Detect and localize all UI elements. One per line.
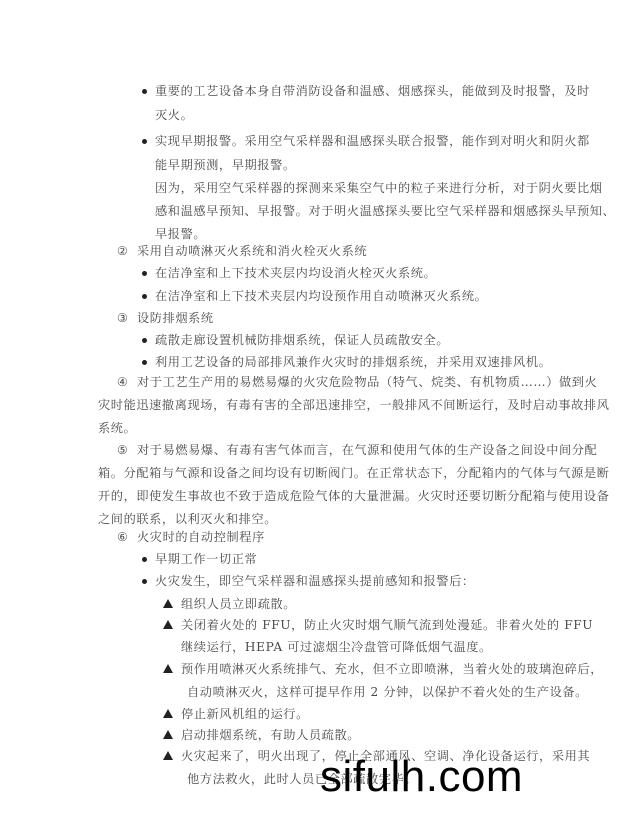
- triangle-bullet-icon: [163, 709, 173, 718]
- section-number: ⑥: [117, 529, 128, 545]
- text-line: 疏散走廊设置机械防排烟系统，保证人员疏散安全。: [155, 332, 449, 348]
- text-line: 感和温感早预知、早报警。对于明火温感探头要比空气采样器和烟感探头早预知、: [155, 203, 615, 219]
- text-line: 火灾时的自动控制程序: [137, 529, 265, 545]
- bullet-dot-icon: [142, 557, 147, 562]
- bullet-dot-icon: [142, 89, 147, 94]
- section-number: ③: [117, 310, 128, 326]
- text-line: 早期工作一切正常: [155, 551, 257, 567]
- text-line: 自动喷淋灭火，这样可提早作用 2 分钟，以保护不着火处的生产设备。: [187, 684, 588, 700]
- text-line: 组织人员立即疏散。: [181, 596, 296, 612]
- text-line: 停止新风机组的运行。: [181, 706, 309, 722]
- text-line: 系统。: [98, 420, 136, 436]
- text-line: 在洁净室和上下技术夹层内均设预作用自动喷淋灭火系统。: [155, 288, 487, 304]
- bullet-dot-icon: [142, 139, 147, 144]
- document-page: 重要的工艺设备本身自带消防设备和温感、烟感探头，能做到及时报警，及时灭火。实现早…: [0, 0, 641, 819]
- triangle-bullet-icon: [163, 599, 173, 608]
- text-line: 设防排烟系统: [137, 310, 214, 326]
- triangle-bullet-icon: [163, 751, 173, 760]
- text-line: 关闭着火处的 FFU，防止火灾时烟气顺气流到处漫延。非着火处的 FFU: [181, 617, 593, 633]
- bullet-dot-icon: [142, 294, 147, 299]
- text-line: 灾时能迅速撤离现场，有毒有害的全部迅速排空，一般排风不间断运行，及时启动事故排风: [98, 397, 610, 413]
- text-line: 实现早期报警。采用空气采样器和温感探头联合报警，能作到对明火和阴火都: [155, 133, 590, 149]
- text-line: 火灾发生，即空气采样器和温感探头提前感知和报警后：: [155, 573, 475, 589]
- text-line: 利用工艺设备的局部排风兼作火灾时的排烟系统，并采用双速排风机。: [155, 354, 551, 370]
- watermark-text: sifulh.com: [320, 752, 523, 802]
- text-line: 在洁净室和上下技术夹层内均设消火栓灭火系统。: [155, 265, 436, 281]
- text-line: 因为，采用空气采样器的探测来采集空气中的粒子来进行分析，对于阴火要比烟: [155, 180, 603, 196]
- text-line: 箱。分配箱与气源和设备之间均设有切断阀门。在正常状态下，分配箱内的气体与气源是断: [98, 465, 610, 481]
- bullet-dot-icon: [142, 360, 147, 365]
- text-line: 启动排烟系统，有助人员疏散。: [181, 727, 360, 743]
- triangle-bullet-icon: [163, 620, 173, 629]
- text-line: 预作用喷淋灭火系统排气、充水，但不立即喷淋，当着火处的玻璃泡碎后，: [181, 661, 603, 677]
- section-number: ②: [117, 243, 128, 259]
- section-number: ⑤: [117, 442, 128, 458]
- text-line: 灭火。: [155, 107, 193, 123]
- text-line: 重要的工艺设备本身自带消防设备和温感、烟感探头，能做到及时报警，及时: [155, 83, 590, 99]
- triangle-bullet-icon: [163, 664, 173, 673]
- triangle-bullet-icon: [163, 730, 173, 739]
- bullet-dot-icon: [142, 579, 147, 584]
- text-line: 对于易燃易爆、有毒有害气体而言，在气源和使用气体的生产设备之间设中间分配: [137, 442, 597, 458]
- text-line: 对于工艺生产用的易燃易爆的火灾危险物品（特气、烷类、有机物质……）做到火: [137, 374, 597, 390]
- text-line: 采用自动喷淋灭火系统和消火栓灭火系统: [137, 243, 367, 259]
- section-number: ④: [117, 374, 128, 390]
- bullet-dot-icon: [142, 338, 147, 343]
- text-line: 开的，即使发生事故也不致于造成危险气体的大量泄漏。火灾时还要切断分配箱与使用设备: [98, 488, 610, 504]
- text-line: 能早期预测，早期报警。: [155, 157, 296, 173]
- text-line: 之间的联系，以利灭火和排空。: [98, 511, 277, 527]
- bullet-dot-icon: [142, 271, 147, 276]
- text-line: 早报警。: [155, 226, 206, 242]
- text-line: 继续运行，HEPA 可过滤烟尘冷盘管可降低烟气温度。: [181, 639, 492, 655]
